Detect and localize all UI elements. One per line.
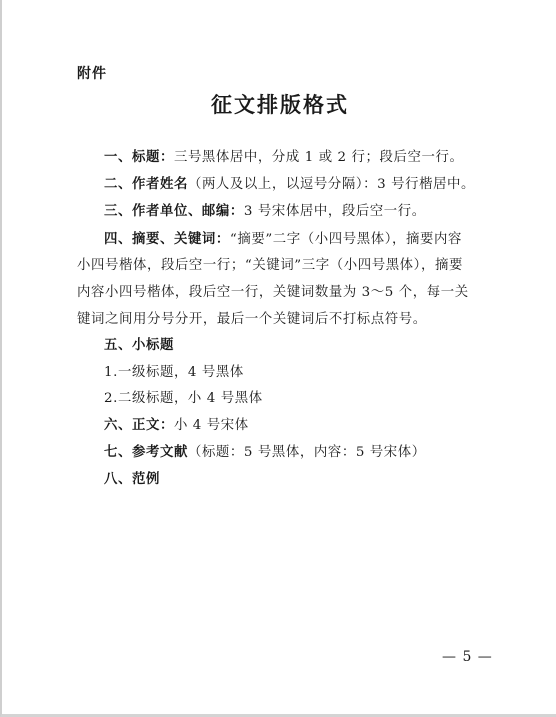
item-abstract-keywords: 四、摘要、关键词：“摘要”二字（小四号黑体），摘要内容 [104, 230, 514, 250]
item-text: 小四号楷体，段后空一行；“关键词”三字（小四号黑体），摘要 [77, 258, 463, 273]
item-text: 2.二级标题，小 4 号黑体 [104, 391, 263, 406]
document-page: 附件 征文排版格式 一、标题：三号黑体居中，分成 1 或 2 行；段后空一行。 … [0, 0, 556, 717]
item-text: 1.一级标题，4 号黑体 [104, 365, 244, 380]
item-author-name: 二、作者姓名（两人及以上，以逗号分隔）：3 号行楷居中。 [104, 175, 514, 195]
page-number: — 5 — [442, 649, 493, 665]
item-heading: 五、小标题 [104, 338, 174, 353]
item-author-unit: 三、作者单位、邮编：3 号宋体居中，段后空一行。 [104, 202, 514, 222]
attachment-label: 附件 [77, 63, 107, 83]
item-heading: 七、参考文献 [104, 445, 188, 460]
item-heading: 四、摘要、关键词： [104, 232, 230, 247]
item-level2-heading: 2.二级标题，小 4 号黑体 [104, 389, 514, 409]
item-body-text: 六、正文：小 4 号宋体 [104, 416, 514, 436]
item-text: 3 号宋体居中，段后空一行。 [244, 204, 426, 219]
item-heading: 二、作者姓名 [104, 177, 188, 192]
item-subheadings: 五、小标题 [104, 336, 514, 356]
item-example: 八、范例 [104, 470, 514, 490]
item-heading: 三、作者单位、邮编： [104, 204, 244, 219]
item-title-format: 一、标题：三号黑体居中，分成 1 或 2 行；段后空一行。 [104, 148, 514, 168]
item-abstract-line-3: 内容小四号楷体，段后空一行，关键词数量为 3～5 个，每一关 [77, 283, 487, 303]
item-heading: 八、范例 [104, 472, 160, 487]
item-abstract-line-2: 小四号楷体，段后空一行；“关键词”三字（小四号黑体），摘要 [77, 256, 487, 276]
item-text: （两人及以上，以逗号分隔）：3 号行楷居中。 [188, 177, 475, 192]
item-text: 键词之间用分号分开，最后一个关键词后不打标点符号。 [77, 312, 427, 327]
item-text: 小 4 号宋体 [174, 418, 249, 433]
item-references: 七、参考文献（标题：5 号黑体，内容：5 号宋体） [104, 443, 514, 463]
item-text: 三号黑体居中，分成 1 或 2 行；段后空一行。 [174, 150, 464, 165]
item-abstract-line-4: 键词之间用分号分开，最后一个关键词后不打标点符号。 [77, 310, 487, 330]
item-level1-heading: 1.一级标题，4 号黑体 [104, 363, 514, 383]
item-text: （标题：5 号黑体，内容：5 号宋体） [188, 445, 426, 460]
item-heading: 一、标题： [104, 150, 174, 165]
item-text: 内容小四号楷体，段后空一行，关键词数量为 3～5 个，每一关 [77, 285, 469, 300]
page-title: 征文排版格式 [2, 89, 556, 119]
item-text: “摘要”二字（小四号黑体），摘要内容 [230, 232, 462, 247]
item-heading: 六、正文： [104, 418, 174, 433]
